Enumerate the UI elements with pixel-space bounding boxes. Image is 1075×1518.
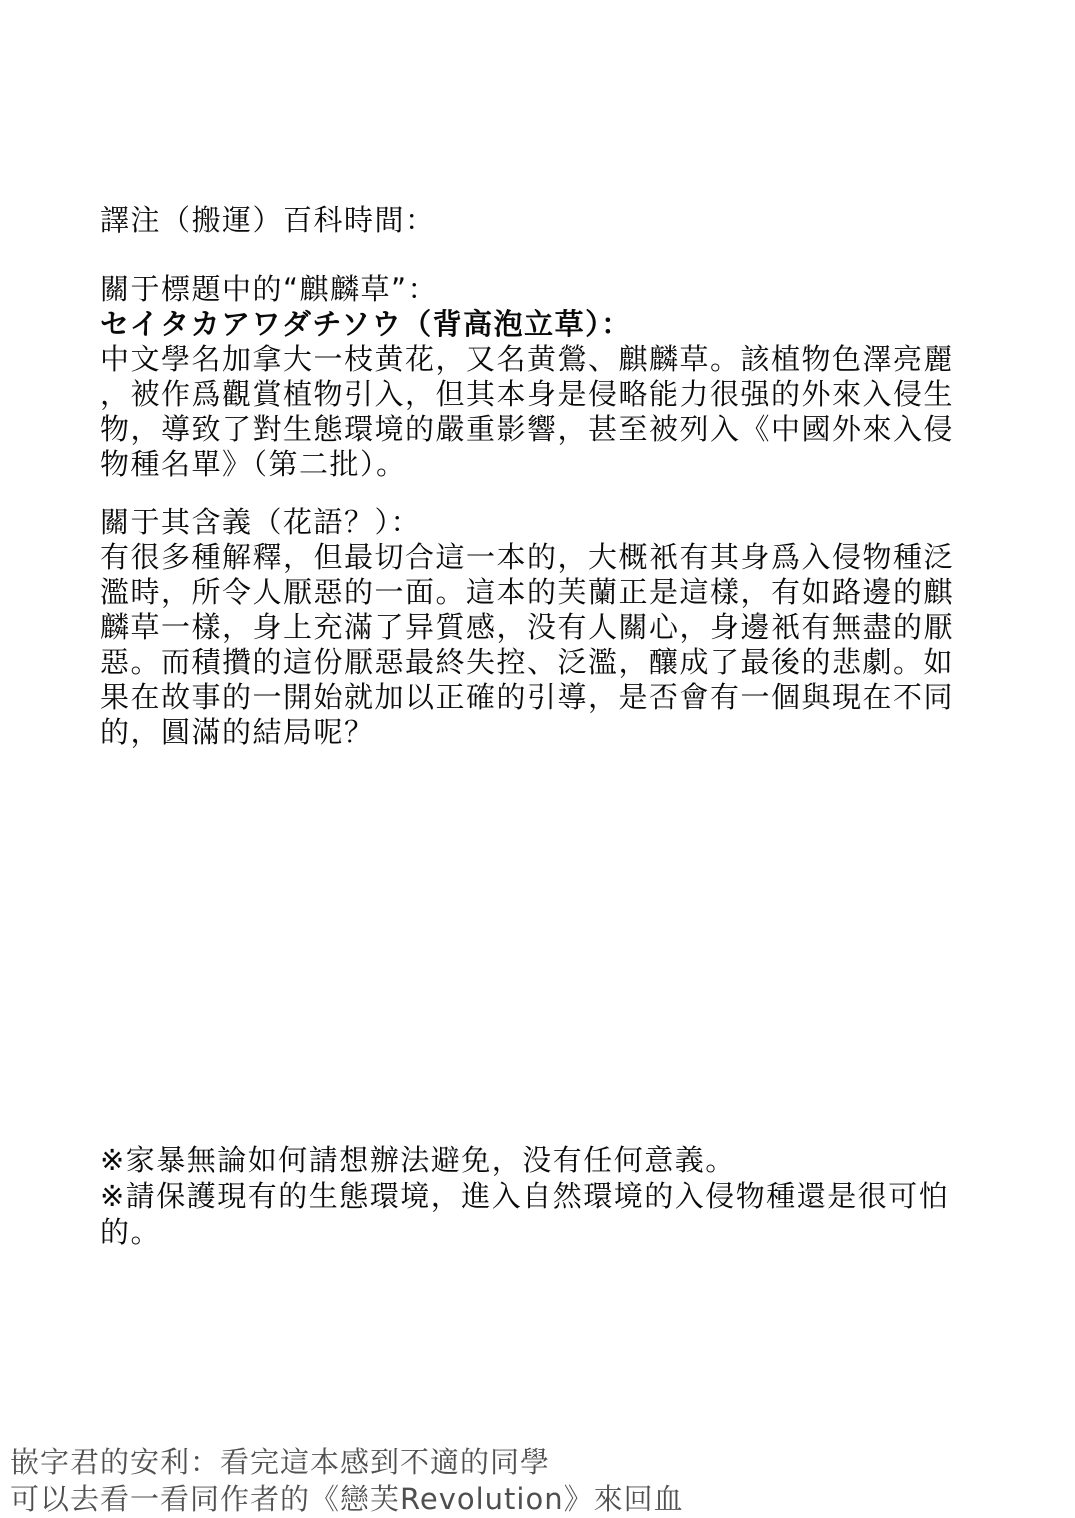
caution-note-line: ※請保護現有的生態環境，進入自然環境的入侵物種還是很可怕 [100,1178,949,1214]
typesetter-recommendation-footer: 嵌字君的安利：看完這本感到不適的同學 可以去看一看同作者的《戀芙Revoluti… [10,1444,684,1518]
section2-body-line: 果在故事的一開始就加以正確的引導，是否會有一個與現在不同 [100,680,954,715]
translator-note-page: 譯注（搬運）百科時間： 關于標題中的“麒麟草”： セイタカアワダチソウ（背高泡立… [0,0,1075,1518]
caution-note-line: 的。 [100,1214,949,1250]
section1-body-line: 中文學名加拿大一枝黄花，又名黄鶯、麒麟草。該植物色澤亮麗 [100,342,954,377]
section2-body-line: 惡。而積攢的這份厭惡最終失控、泛濫，釀成了最後的悲劇。如 [100,645,954,680]
section2-body-line: 的，圓滿的結局呢？ [100,715,954,750]
section1-japanese-term: セイタカアワダチソウ（背高泡立草）： [100,307,954,342]
section1-heading: 關于標題中的“麒麟草”： [100,272,954,307]
section2-heading: 關于其含義（花語？）： [100,505,954,540]
intro-heading: 譯注（搬運）百科時間： [100,203,436,238]
caution-note-line: ※家暴無論如何請想辦法避免，没有任何意義。 [100,1142,949,1178]
footer-line: 嵌字君的安利：看完這本感到不適的同學 [10,1444,684,1481]
section1-body-line: ，被作爲觀賞植物引入，但其本身是侵略能力很强的外來入侵生 [100,377,954,412]
section-meaning-explanation: 關于其含義（花語？）： 有很多種解釋，但最切合這一本的，大概衹有其身爲入侵物種泛… [100,505,954,750]
footer-line: 可以去看一看同作者的《戀芙Revolution》來回血 [10,1481,684,1518]
section1-body-line: 物，導致了對生態環境的嚴重影響，甚至被列入《中國外來入侵 [100,412,954,447]
section-title-explanation: 關于標題中的“麒麟草”： セイタカアワダチソウ（背高泡立草）： 中文學名加拿大一… [100,272,954,482]
caution-notes: ※家暴無論如何請想辦法避免，没有任何意義。 ※請保護現有的生態環境，進入自然環境… [100,1142,949,1250]
section2-body-line: 有很多種解釋，但最切合這一本的，大概衹有其身爲入侵物種泛 [100,540,954,575]
section1-body-line: 物種名單》（第二批）。 [100,447,954,482]
section2-body-line: 麟草一樣，身上充滿了异質感，没有人關心，身邊衹有無盡的厭 [100,610,954,645]
section2-body-line: 濫時，所令人厭惡的一面。這本的芙蘭正是這樣，有如路邊的麒 [100,575,954,610]
